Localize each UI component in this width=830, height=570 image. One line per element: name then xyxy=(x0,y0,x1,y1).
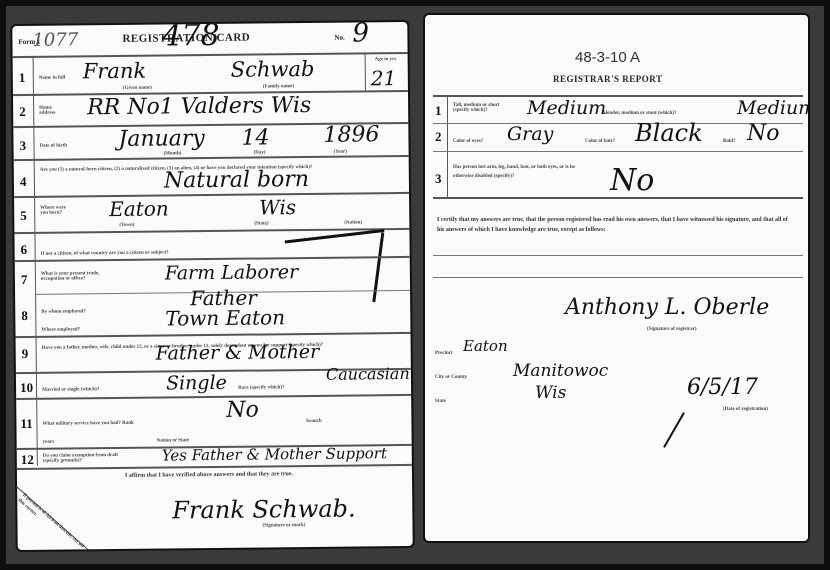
row-number: 9 xyxy=(22,346,29,362)
field-label: Race (specify which)? xyxy=(238,385,284,390)
field-label: Home address xyxy=(39,106,61,116)
field-label: What military service have you had? Rank xyxy=(42,421,133,427)
field-label: Where were you born? xyxy=(40,205,70,215)
row-number: 8 xyxy=(21,308,28,324)
dependents: Father & Mother xyxy=(156,341,320,365)
bald-value: No xyxy=(747,121,780,146)
field-label: City or County xyxy=(435,375,467,380)
birth-town: Eaton xyxy=(109,196,169,221)
field-label: Has person lost arm, leg, hand, foot, or… xyxy=(453,163,593,181)
birth-day: 14 xyxy=(241,125,269,150)
age-label: Age in yrs xyxy=(375,57,397,62)
birth-month: January xyxy=(118,126,205,152)
sub-label: (Family name) xyxy=(263,84,294,89)
state-value: Wis xyxy=(535,383,566,403)
sub-label: (Month) xyxy=(164,151,182,156)
hair-color: Black xyxy=(635,119,703,147)
occupation: Farm Laborer xyxy=(165,261,299,284)
height-value: Medium xyxy=(527,97,606,119)
row-number: 12 xyxy=(21,452,34,468)
row-number: 3 xyxy=(19,138,26,154)
field-label: Slender, medium or stout (which)? xyxy=(603,111,676,116)
sub-label: (Nation) xyxy=(344,220,362,225)
field-label: Do you claim exemption from draft (speci… xyxy=(43,453,123,464)
row-number: 10 xyxy=(20,380,33,396)
field-label: State xyxy=(435,399,446,404)
name-last: Schwab xyxy=(231,57,315,82)
field-label: branch xyxy=(306,419,321,424)
certification-text: I certify that my answers are true, that… xyxy=(437,215,795,235)
signature-caption: (Signature of registrar) xyxy=(647,327,697,332)
signature-caption: (Signature or mark) xyxy=(262,523,305,528)
field-label: If not a citizen, of what country are yo… xyxy=(41,250,169,256)
birth-state: Wis xyxy=(259,195,296,219)
registrar-signature: Anthony L. Oberle xyxy=(565,295,769,320)
disability-value: No xyxy=(610,163,654,198)
county-value: Manitowoc xyxy=(513,361,608,381)
registrars-report-card: 48-3-10 A REGISTRAR'S REPORT 1 Tall, med… xyxy=(423,13,810,543)
row-number: 2 xyxy=(19,104,26,120)
field-label: Bald? xyxy=(723,139,736,144)
birth-year: 1896 xyxy=(323,122,379,148)
divider xyxy=(433,255,803,256)
field-label: Married or single (which)? xyxy=(42,387,99,393)
registration-date: 6/5/17 xyxy=(687,375,758,400)
employment-place: Town Eaton xyxy=(165,305,285,330)
field-label: Color of hair? xyxy=(585,139,615,144)
field-label: Date of birth xyxy=(40,144,68,149)
pen-stroke xyxy=(663,412,685,448)
row-number: 2 xyxy=(435,129,442,145)
race: Caucasian xyxy=(326,364,410,384)
sub-label: (State) xyxy=(254,221,268,226)
row-number: 1 xyxy=(435,103,442,119)
field-label: Nation or State xyxy=(157,438,189,443)
no-value: 9 xyxy=(352,20,369,49)
exemption-claim: Yes Father & Mother Support xyxy=(162,444,387,464)
divider xyxy=(17,464,412,470)
affirmation-text: I affirm that I have verified above answ… xyxy=(125,471,293,479)
field-label: Precinct xyxy=(435,351,453,356)
military-service: No xyxy=(226,398,259,423)
serial-number: 1077 xyxy=(32,29,78,50)
field-label: Where employed? xyxy=(41,327,80,332)
row-number: 6 xyxy=(21,242,28,258)
row-number: 3 xyxy=(435,171,442,187)
name-first: Frank xyxy=(83,59,147,84)
field-label: What is your present trade, occupation o… xyxy=(41,271,101,282)
report-title: REGISTRAR'S REPORT xyxy=(553,74,662,84)
sub-label: (Day) xyxy=(254,150,266,155)
age-box-rule xyxy=(365,52,366,90)
divider xyxy=(16,394,411,400)
field-label: By whom employed? xyxy=(41,309,86,314)
divider xyxy=(433,197,803,199)
precinct-value: Eaton xyxy=(463,337,508,355)
row-number: 4 xyxy=(20,174,27,190)
build-value: Medium xyxy=(737,97,810,119)
corner-note: If person is of African descent, cut off… xyxy=(16,492,85,552)
number-column-rule xyxy=(447,95,448,197)
row-number: 5 xyxy=(20,208,27,224)
overwrite-number: 478 xyxy=(162,20,220,54)
sub-label: (Given name) xyxy=(123,86,152,91)
registrant-signature: Frank Schwab. xyxy=(172,495,356,525)
pen-stroke xyxy=(372,232,384,302)
row-number: 1 xyxy=(19,70,26,86)
field-label: years xyxy=(43,440,54,445)
field-label: Tall, medium or short (specify which)? xyxy=(453,103,513,113)
field-label: Color of eyes? xyxy=(453,139,483,144)
divider xyxy=(433,151,803,152)
citizenship: Natural born xyxy=(164,167,309,194)
pen-stroke xyxy=(285,229,385,243)
row-number: 11 xyxy=(20,416,32,432)
eye-color: Gray xyxy=(507,123,553,145)
no-label: No. xyxy=(334,34,344,42)
sub-label: (Town) xyxy=(119,223,134,228)
marital-status: Single xyxy=(166,372,227,395)
row-number: 7 xyxy=(21,272,28,288)
sub-label: (Year) xyxy=(334,150,347,155)
divider xyxy=(433,277,803,278)
field-label: Name in full xyxy=(39,76,65,81)
registration-card: Form 1 1077 REGISTRATION CARD 478 No. 9 … xyxy=(10,20,415,552)
home-address: RR No1 Valders Wis xyxy=(87,93,311,120)
report-code: 48-3-10 A xyxy=(575,49,640,66)
date-caption: (Date of registration) xyxy=(723,407,768,412)
age-value: 21 xyxy=(371,66,397,90)
